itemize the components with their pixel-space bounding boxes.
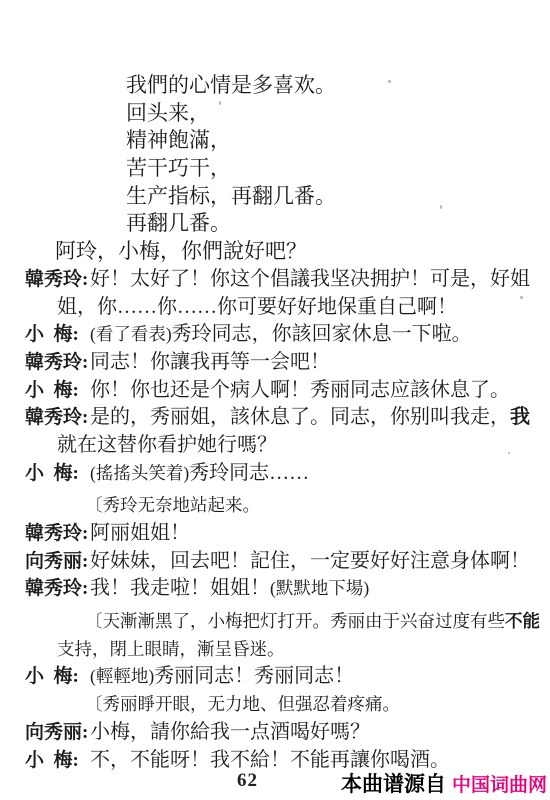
script-line: 精神飽滿， (0, 127, 550, 155)
line-text: (輕輕地) (90, 666, 154, 686)
line-text: 同志！你讓我再等一会吧！ (90, 351, 330, 373)
line-text: 好！太好了！你这个倡議我坚决拥护！可是，好姐 (90, 268, 530, 290)
script-text-block: 我們的心情是多喜欢。回头来，精神飽滿，苦干巧干，生产指标，再翻几番。再翻几番。阿… (0, 72, 550, 774)
scan-speck (388, 80, 391, 83)
line-text: 〔秀玲无奈地站起来。 (85, 495, 260, 515)
scan-speck (520, 296, 523, 299)
line-text: 生产指标，再翻几番。 (126, 184, 336, 208)
line-text: 是的，秀丽姐，該休息了。同志，你别叫我走， (90, 406, 510, 428)
line-text: 我！我走啦！姐姐！ (90, 577, 270, 599)
script-line: 小 梅:(搖搖头笑着)秀玲同志…… (0, 460, 550, 488)
speaker-label: 小 梅: (25, 377, 79, 405)
line-text: 就在这替你看护她行嗎？ (57, 434, 277, 456)
scan-speck (219, 101, 221, 105)
line-text: 阿丽姐姐！ (90, 522, 190, 544)
script-line: 韓秀玲:是的，秀丽姐，該休息了。同志，你别叫我走，我 (0, 404, 550, 432)
line-text: (看了看表) (90, 324, 172, 344)
line-text: 回头来， (126, 101, 210, 125)
line-text: 再翻几番。 (126, 211, 231, 235)
line-text: 秀玲同志，你該回家休息一下啦。 (172, 323, 472, 345)
speaker-label: 小 梅: (25, 663, 79, 691)
script-line: 支持，閉上眼睛，漸呈昏迷。 (0, 636, 550, 664)
line-text: 支持，閉上眼睛，漸呈昏迷。 (57, 639, 285, 659)
script-line: 就在这替你看护她行嗎？ (0, 432, 550, 460)
speaker-label: 韓秀玲: (25, 520, 88, 548)
footer-site-watermark: 中国词曲网 (452, 770, 547, 797)
footer-source-label: 本曲谱源自 (341, 768, 446, 798)
script-line: 〔天漸漸黑了，小梅把灯打开。秀丽由于兴奋过度有些不能 (0, 608, 550, 636)
line-text: 〔秀丽睜开眼，无力地、但强忍着疼痛。 (85, 694, 400, 714)
script-line: 我們的心情是多喜欢。 (0, 72, 550, 100)
script-line: 〔秀丽睜开眼，无力地、但强忍着疼痛。 (0, 691, 550, 719)
line-text: 你！你也还是个病人啊！秀丽同志应該休息了。 (90, 379, 510, 401)
speaker-label: 韓秀玲: (25, 575, 88, 603)
scan-speck (440, 205, 442, 209)
line-text: (默默地下場) (270, 578, 369, 598)
scan-speck (508, 452, 510, 454)
speaker-label: 韓秀玲: (25, 404, 88, 432)
script-line: 生产指标，再翻几番。 (0, 183, 550, 211)
speaker-label: 小 梅: (25, 460, 79, 488)
scanned-script-page: 我們的心情是多喜欢。回头来，精神飽滿，苦干巧干，生产指标，再翻几番。再翻几番。阿… (0, 0, 550, 800)
line-text: 我們的心情是多喜欢。 (126, 73, 336, 97)
line-text: 小梅，請你給我一点酒喝好嗎？ (90, 721, 370, 743)
speaker-label: 向秀丽: (25, 548, 88, 576)
speaker-label: 小 梅: (25, 747, 79, 775)
line-text: 〔天漸漸黑了，小梅把灯打开。秀丽由于兴奋过度有些 (85, 611, 505, 631)
script-line: 回头来， (0, 100, 550, 128)
line-text: 姐，你……你……你可要好好地保重自己啊！ (57, 296, 457, 318)
speaker-label: 小 梅: (25, 321, 79, 349)
script-line: 阿玲，小梅，你們說好吧？ (0, 238, 550, 266)
speaker-label: 向秀丽: (25, 719, 88, 747)
script-line: 向秀丽:好妹妹，回去吧！記住，一定要好好注意身体啊！ (0, 548, 550, 576)
script-line: 姐，你……你……你可要好好地保重自己啊！ (0, 294, 550, 322)
script-line: 小 梅:(輕輕地)秀丽同志！秀丽同志！ (0, 663, 550, 691)
line-text: 苦干巧干， (126, 156, 231, 180)
line-text: 不能 (505, 611, 540, 631)
script-line: 韓秀玲:我！我走啦！姐姐！(默默地下場) (0, 575, 550, 603)
script-line: 再翻几番。 (0, 210, 550, 238)
speaker-label: 韓秀玲: (25, 349, 88, 377)
script-line: 〔秀玲无奈地站起来。 (0, 492, 550, 520)
script-line: 小 梅:(看了看表)秀玲同志，你該回家休息一下啦。 (0, 321, 550, 349)
script-line: 小 梅:你！你也还是个病人啊！秀丽同志应該休息了。 (0, 377, 550, 405)
scan-speck (100, 529, 102, 531)
line-text: 秀丽同志！秀丽同志！ (154, 665, 354, 687)
script-line: 向秀丽:小梅，請你給我一点酒喝好嗎？ (0, 719, 550, 747)
speaker-label: 韓秀玲: (25, 266, 88, 294)
line-text: 秀玲同志…… (189, 462, 309, 484)
page-number: 62 (237, 770, 258, 792)
script-line: 韓秀玲:好！太好了！你这个倡議我坚决拥护！可是，好姐 (0, 266, 550, 294)
line-text: 好妹妹，回去吧！記住，一定要好好注意身体啊！ (90, 550, 530, 572)
line-text: 我 (510, 406, 530, 428)
script-line: 苦干巧干， (0, 155, 550, 183)
script-line: 韓秀玲:阿丽姐姐！ (0, 520, 550, 548)
script-line: 韓秀玲:同志！你讓我再等一会吧！ (0, 349, 550, 377)
line-text: (搖搖头笑着) (90, 463, 189, 483)
line-text: 精神飽滿， (126, 128, 231, 152)
line-text: 阿玲，小梅，你們說好吧？ (55, 239, 307, 263)
